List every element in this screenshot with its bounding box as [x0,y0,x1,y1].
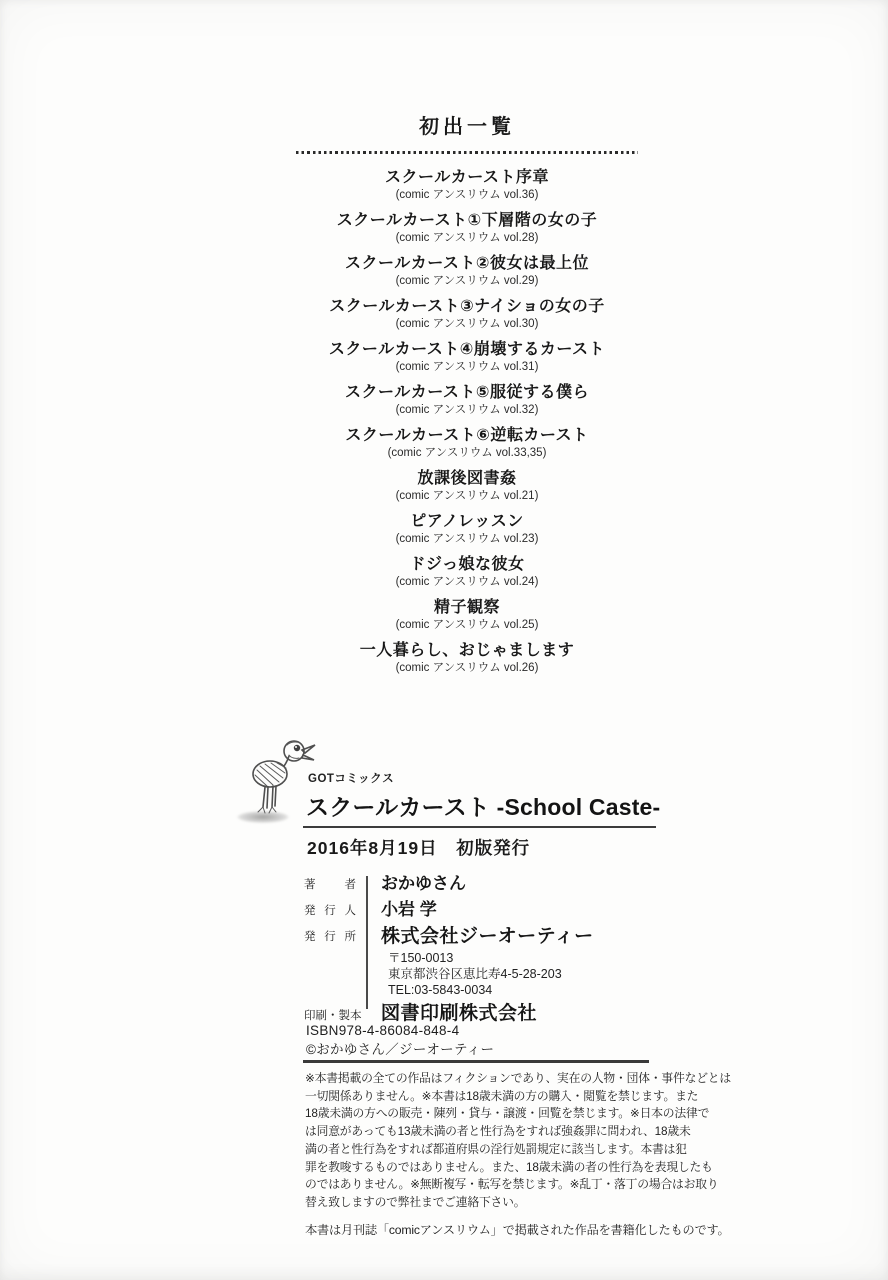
work-source: (comic アンスリウム vol.23) [293,532,641,547]
work-title: ピアノレッスン [293,511,641,532]
list-item: 放課後図書姦 (comic アンスリウム vol.21) [293,468,641,504]
row-value: おかゆさん [381,872,655,895]
publisher-address: 〒150-0013 東京都渋谷区恵比寿4-5-28-203 TEL:03-584… [388,950,655,998]
disclaimer-line: は同意があっても13歳未満の者と性行為をすれば強姦罪に問われ、18歳未 [305,1123,657,1141]
colophon-table: 著者 おかゆさん 発行人 小岩 学 発行所 株式会社ジーオーティー 〒150-0… [303,872,655,1026]
disclaimer-line: 満の者と性行為をすれば都道府県の淫行処罰規定に該当します。本書は犯 [305,1141,657,1159]
book-title: スクールカースト -School Caste- [306,789,658,822]
address-line: 東京都渋谷区恵比寿4-5-28-203 [388,966,655,982]
row-value: 株式会社ジーオーティー [381,924,655,949]
isbn-block: ISBN978-4-86084-848-4 ©おかゆさん／ジーオーティー [306,1021,494,1059]
work-title: スクールカースト⑤服従する僕ら [293,382,641,403]
row-label: 著者 [304,876,356,892]
work-source: (comic アンスリウム vol.24) [293,575,641,590]
work-source: (comic アンスリウム vol.31) [293,360,641,375]
work-title: スクールカースト④崩壊するカースト [293,339,641,360]
row-label: 発行人 [304,902,356,918]
work-source: (comic アンスリウム vol.25) [293,618,641,633]
colophon-page: 初出一覧 スクールカースト序章 (comic アンスリウム vol.36) スク… [0,0,888,1280]
work-source: (comic アンスリウム vol.28) [293,231,641,246]
work-title: スクールカースト⑥逆転カースト [293,425,641,446]
work-title: スクールカースト①下層階の女の子 [293,210,641,231]
postal-code: 〒150-0013 [388,950,655,966]
list-item: 精子観察 (comic アンスリウム vol.25) [293,597,641,633]
edition-date: 2016年8月19日 初版発行 [307,835,530,860]
phone-line: TEL:03-5843-0034 [388,982,655,998]
work-title: スクールカースト②彼女は最上位 [293,253,641,274]
disclaimer-line: ※本書掲載の全ての作品はフィクションであり、実在の人物・団体・事件などとは [305,1070,657,1088]
list-item: スクールカースト⑤服従する僕ら (comic アンスリウム vol.32) [293,382,641,418]
table-row-publisher-person: 発行人 小岩 学 [303,898,655,921]
disclaimer-line: 罪を教唆するものではありません。また、18歳未満の者の性行為を表現したも [305,1159,657,1177]
imprint-label: GOTコミックス [308,770,394,786]
work-source: (comic アンスリウム vol.33,35) [293,446,641,461]
disclaimer-line: 一切関係ありません。※本書は18歳未満の方の購入・閲覧を禁じます。また [305,1088,657,1106]
list-item: ピアノレッスン (comic アンスリウム vol.23) [293,511,641,547]
table-row-author: 著者 おかゆさん [303,872,655,895]
work-source: (comic アンスリウム vol.36) [293,188,641,203]
row-label: 発行所 [304,928,356,944]
work-title: 放課後図書姦 [293,468,641,489]
section-rule [303,1060,649,1063]
dotted-divider [296,151,638,154]
first-publication-list: 初出一覧 スクールカースト序章 (comic アンスリウム vol.36) スク… [293,110,641,683]
disclaimer-line: 替え致しますので弊社までご連絡下さい。 [305,1194,657,1212]
work-source: (comic アンスリウム vol.30) [293,317,641,332]
work-title: 精子観察 [293,597,641,618]
work-source: (comic アンスリウム vol.21) [293,489,641,504]
list-item: スクールカースト③ナイショの女の子 (comic アンスリウム vol.30) [293,296,641,332]
work-source: (comic アンスリウム vol.29) [293,274,641,289]
page-title: 初出一覧 [293,110,641,139]
work-source: (comic アンスリウム vol.26) [293,661,641,676]
work-title: ドジっ娘な彼女 [293,554,641,575]
title-underline [303,826,656,828]
list-item: スクールカースト④崩壊するカースト (comic アンスリウム vol.31) [293,339,641,375]
copyright: ©おかゆさん／ジーオーティー [306,1040,494,1059]
table-row-publisher-company: 発行所 株式会社ジーオーティー 〒150-0013 東京都渋谷区恵比寿4-5-2… [303,924,655,998]
disclaimer-line: のではありません。※無断複写・転写を禁じます。※乱丁・落丁の場合はお取り [305,1176,657,1194]
disclaimer-line: 18歳未満の方への販売・陳列・貸与・譲渡・回覧を禁じます。※日本の法律で [305,1105,657,1123]
disclaimer-text: ※本書掲載の全ての作品はフィクションであり、実在の人物・団体・事件などとは 一切… [305,1070,657,1212]
row-value: 小岩 学 [381,898,655,921]
serialization-note: 本書は月刊誌「comicアンスリウム」で掲載された作品を書籍化したものです。 [305,1221,729,1238]
work-title: 一人暮らし、おじゃまします [293,640,641,661]
work-source: (comic アンスリウム vol.32) [293,403,641,418]
list-item: ドジっ娘な彼女 (comic アンスリウム vol.24) [293,554,641,590]
list-item: スクールカースト⑥逆転カースト (comic アンスリウム vol.33,35) [293,425,641,461]
work-title: スクールカースト序章 [293,167,641,188]
list-item: スクールカースト②彼女は最上位 (comic アンスリウム vol.29) [293,253,641,289]
isbn: ISBN978-4-86084-848-4 [306,1021,494,1040]
work-title: スクールカースト③ナイショの女の子 [293,296,641,317]
list-item: 一人暮らし、おじゃまします (comic アンスリウム vol.26) [293,640,641,676]
list-item: スクールカースト①下層階の女の子 (comic アンスリウム vol.28) [293,210,641,246]
list-item: スクールカースト序章 (comic アンスリウム vol.36) [293,167,641,203]
